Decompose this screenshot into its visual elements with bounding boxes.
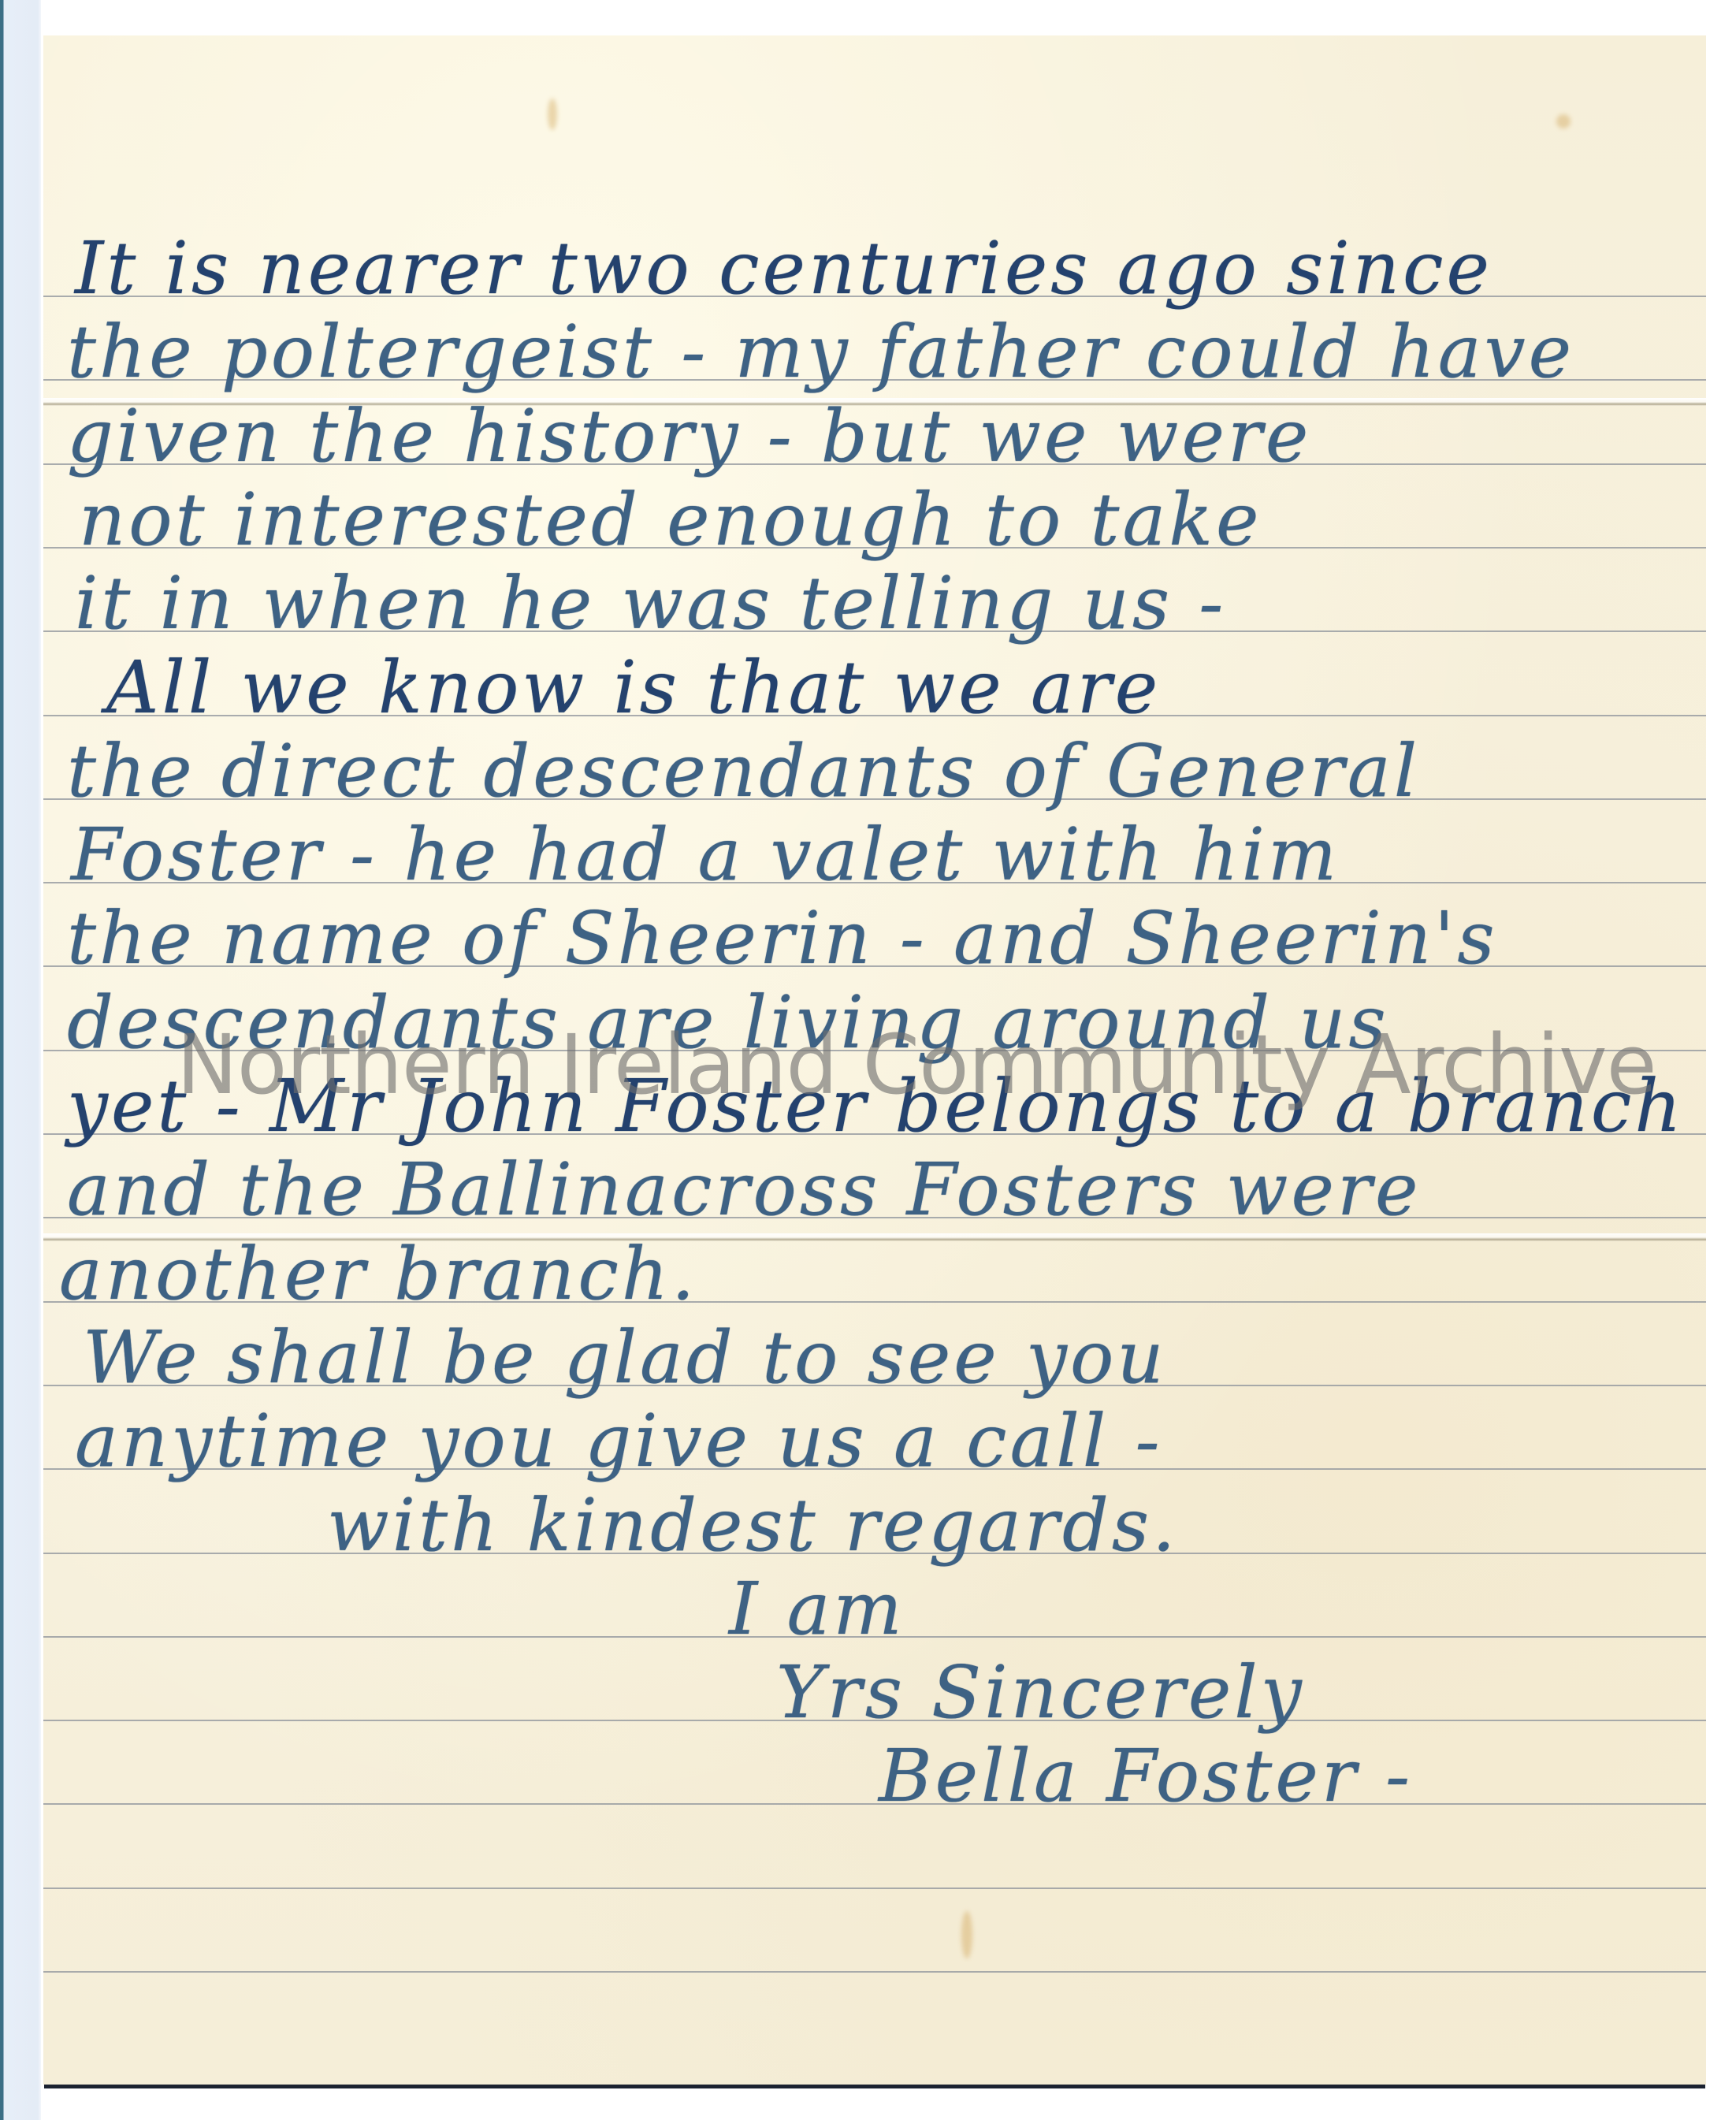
stain (548, 99, 557, 130)
letter-line: and the Ballinacross Fosters were (67, 1154, 1421, 1226)
scanner-edge (0, 0, 41, 2120)
letter-line: the poltergeist - my father could have (67, 316, 1574, 389)
letter-line: Foster - he had a valet with him (71, 819, 1340, 891)
ruled-line (43, 1803, 1706, 1805)
closing-i-am: I am (729, 1573, 905, 1646)
letter-line: anytime you give us a call - (75, 1405, 1163, 1478)
closing-regards: with kindest regards. (327, 1490, 1178, 1562)
letter-line: the direct descendants of General (67, 735, 1420, 808)
archive-watermark: Northern Ireland Community Archive (177, 1017, 1656, 1113)
signature: Bella Foster - (879, 1740, 1413, 1813)
ruled-line (43, 1971, 1706, 1973)
closing-valediction: Yrs Sincerely (776, 1657, 1305, 1729)
letter-line: It is nearer two centuries ago since (75, 232, 1493, 305)
letter-line: not interested enough to take (79, 484, 1262, 556)
stain (961, 1911, 972, 1958)
letter-line: given the history - but we were (67, 400, 1311, 473)
ruled-line (43, 1888, 1706, 1889)
stain (1556, 114, 1571, 128)
letter-line: All we know is that we are (106, 652, 1161, 724)
letter-line: it in when he was telling us - (75, 567, 1226, 640)
letter-line: another branch. (59, 1238, 697, 1311)
letter-line: the name of Sheerin - and Sheerin's (67, 902, 1498, 975)
letter-line: We shall be glad to see you (83, 1322, 1167, 1394)
